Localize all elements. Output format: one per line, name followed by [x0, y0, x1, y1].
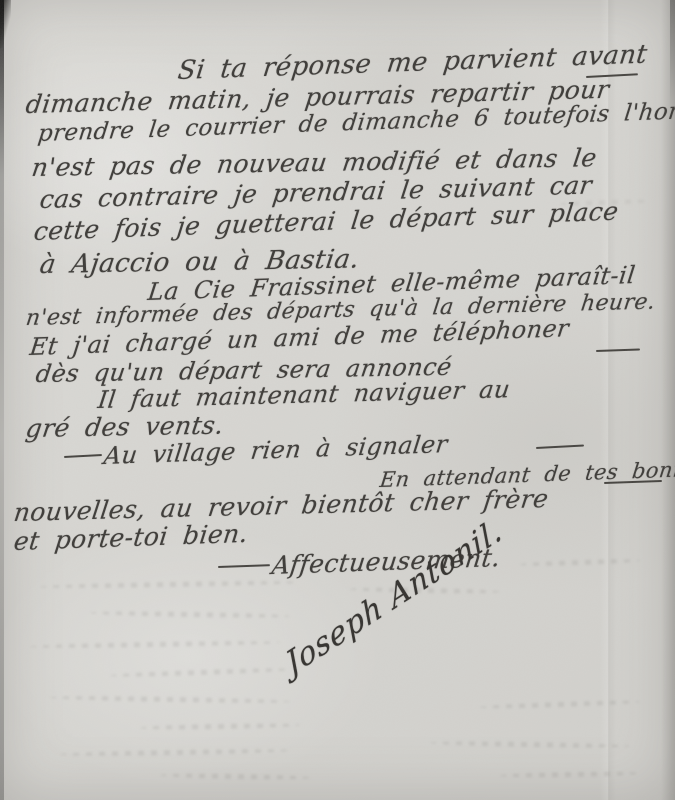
pen-flourish — [536, 444, 584, 449]
bleed-through-line — [110, 667, 290, 678]
scan-edge-left — [0, 0, 4, 800]
bleed-through-line — [90, 610, 290, 618]
bleed-through-line — [500, 771, 640, 778]
bleed-through-line — [40, 580, 300, 590]
scan-edge-top-right — [670, 0, 675, 110]
bleed-through-line — [520, 558, 640, 567]
letter-page: Si ta réponse me parvient avant dimanche… — [0, 0, 675, 800]
signature: Joseph Antonil. — [281, 511, 506, 683]
bleed-through-line — [50, 695, 290, 704]
letter-line-16: nouvelles, au revoir bientôt cher frère — [12, 484, 550, 527]
pen-flourish — [596, 348, 640, 352]
bleed-through-line — [160, 773, 310, 781]
scan-edge-corner — [0, 0, 11, 48]
bleed-through-line — [430, 740, 630, 748]
bleed-through-line — [60, 748, 290, 757]
bleed-through-line — [480, 699, 640, 710]
bleed-through-line — [30, 640, 280, 649]
bleed-through-line — [140, 723, 300, 731]
pen-flourish — [64, 454, 102, 458]
pen-flourish — [218, 564, 270, 568]
